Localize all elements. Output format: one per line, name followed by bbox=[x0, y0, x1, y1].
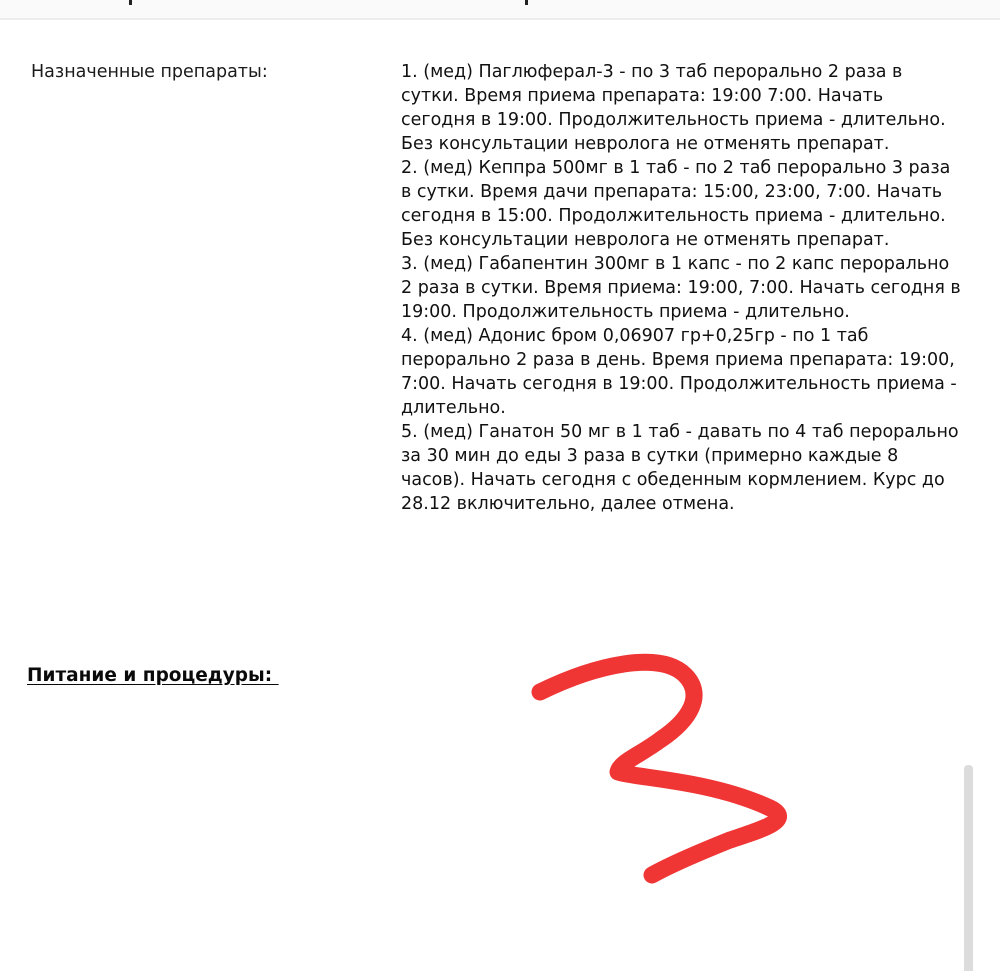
medication-item: 2. (мед) Кеппра 500мг в 1 таб - по 2 таб… bbox=[401, 156, 961, 252]
prescriptions-label: Назначенные препараты: bbox=[31, 60, 268, 84]
vertical-scrollbar[interactable] bbox=[964, 765, 973, 971]
medication-item: 1. (мед) Паглюферал-3 - по 3 таб перорал… bbox=[401, 60, 961, 156]
toolbar-fragment bbox=[525, 0, 528, 5]
nutrition-section-title: Питание и процедуры: bbox=[27, 663, 279, 689]
toolbar-fragment bbox=[129, 0, 132, 5]
medication-item: 3. (мед) Габапентин 300мг в 1 капс - по … bbox=[401, 252, 961, 324]
top-toolbar bbox=[0, 0, 1000, 20]
handwritten-three-annotation bbox=[500, 630, 820, 890]
medication-item: 5. (мед) Ганатон 50 мг в 1 таб - давать … bbox=[401, 420, 961, 516]
medication-item: 4. (мед) Адонис бром 0,06907 гр+0,25гр -… bbox=[401, 324, 961, 420]
medication-list: 1. (мед) Паглюферал-3 - по 3 таб перорал… bbox=[401, 60, 961, 516]
